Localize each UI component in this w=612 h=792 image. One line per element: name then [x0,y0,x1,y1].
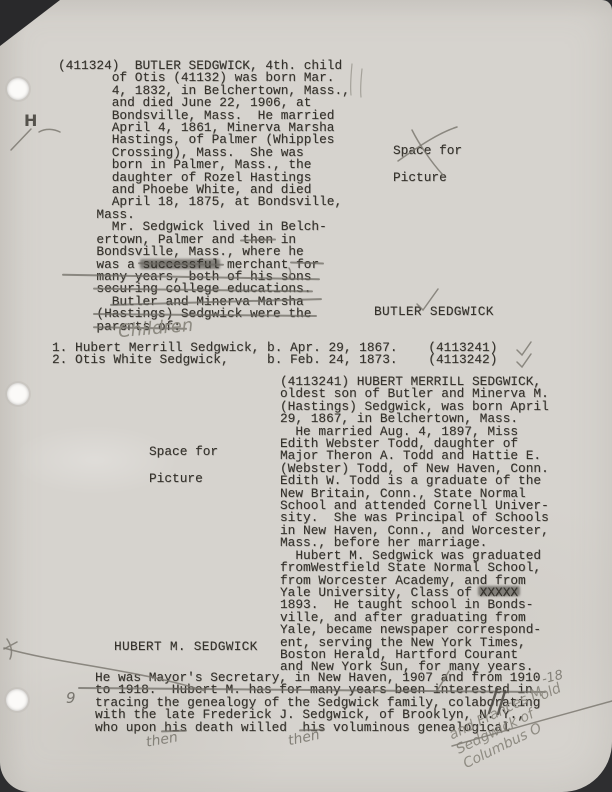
picture-placeholder-left-label: Space for Picture [149,438,218,492]
butler-photo-caption: BUTLER SEDGWICK [374,306,494,318]
punch-hole-bottom [6,689,28,711]
picture-placeholder-right-label: Space for Picture [393,137,462,191]
hubert-photo-caption: HUBERT M. SEDGWICK [114,641,258,653]
hubert-entry-text: (4113241) HUBERT MERRILL SEDGWICK, oldes… [280,376,549,674]
punch-hole-middle [7,383,29,405]
punch-hole-top [7,78,29,100]
overtype-smudge-class-year [478,586,520,596]
margin-figure-annotation: 9 [66,689,76,707]
children-list: 1. Hubert Merrill Sedgwick, b. Apr. 29, … [52,342,497,367]
margin-letter-annotation: H [24,111,37,130]
page-corner-fold [0,0,60,46]
